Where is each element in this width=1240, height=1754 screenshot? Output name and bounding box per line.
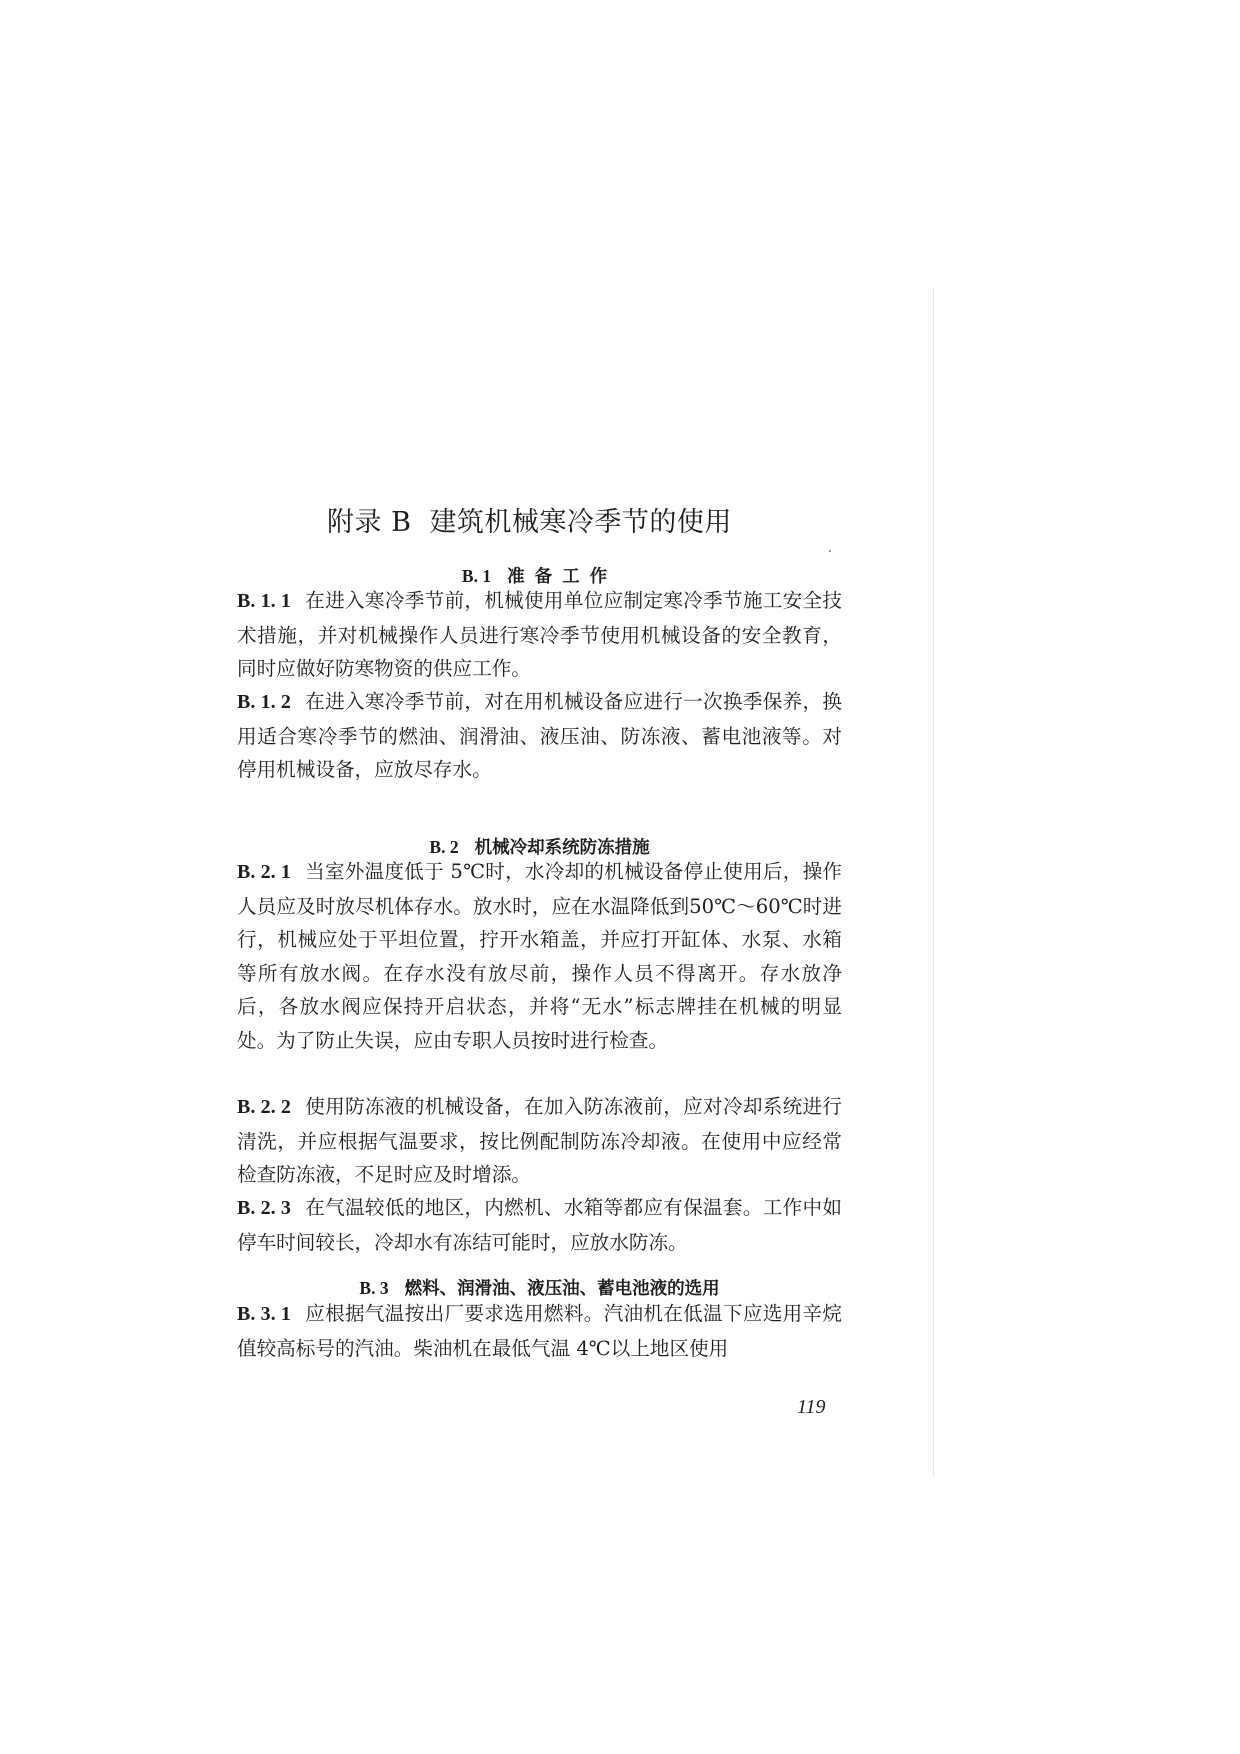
clause-text: 当室外温度低于 5℃时，水冷却的机械设备停止使用后，操作人员应及时放尽机体存水。… [237,860,842,1052]
section-number: B. 3 [359,1278,388,1298]
clause-number: B. 3. 1 [237,1303,291,1325]
page-edge-line [933,288,934,1478]
clause-b-2-2: B. 2. 2使用防冻液的机械设备，在加入防冻液前，应对冷却系统进行清洗，并应根… [237,1090,842,1192]
section-number: B. 1 [462,566,491,586]
appendix-number: 附录 B [327,507,411,538]
clause-text: 在进入寒冷季节前，机械使用单位应制定寒冷季节施工安全技术措施，并对机械操作人员进… [237,589,842,680]
clause-number: B. 2. 1 [237,861,291,883]
scan-speck [829,550,831,552]
clause-b-2-1: B. 2. 1当室外温度低于 5℃时，水冷却的机械设备停止使用后，操作人员应及时… [237,855,842,1058]
clause-text: 在气温较低的地区，内燃机、水箱等都应有保温套。工作中如停车时间较长，冷却水有冻结… [237,1196,842,1254]
section-number: B. 2 [429,837,458,857]
clause-b-3-1: B. 3. 1应根据气温按出厂要求选用燃料。汽油机在低温下应选用辛烷值较高标号的… [237,1297,842,1365]
clause-b-1-2: B. 1. 2在进入寒冷季节前，对在用机械设备应进行一次换季保养，换用适合寒冷季… [237,685,842,787]
appendix-title-text: 建筑机械寒冷季节的使用 [429,507,732,538]
section-heading-b3: B. 3燃料、润滑油、液压油、蓄电池液的选用 [237,1275,842,1300]
clause-text: 在进入寒冷季节前，对在用机械设备应进行一次换季保养，换用适合寒冷季节的燃油、润滑… [237,690,842,781]
clause-number: B. 2. 2 [237,1096,291,1118]
clause-number: B. 2. 3 [237,1197,291,1219]
clause-number: B. 1. 1 [237,590,291,612]
clause-text: 使用防冻液的机械设备，在加入防冻液前，应对冷却系统进行清洗，并应根据气温要求，按… [237,1095,842,1186]
section-title: 燃料、润滑油、液压油、蓄电池液的选用 [405,1279,720,1299]
appendix-title: 附录 B建筑机械寒冷季节的使用 [327,500,732,539]
page-number: 119 [797,1396,826,1419]
clause-text: 应根据气温按出厂要求选用燃料。汽油机在低温下应选用辛烷值较高标号的汽油。柴油机在… [237,1302,842,1360]
clause-number: B. 1. 2 [237,691,291,713]
clause-b-1-1: B. 1. 1在进入寒冷季节前，机械使用单位应制定寒冷季节施工安全技术措施，并对… [237,584,842,686]
clause-b-2-3: B. 2. 3在气温较低的地区，内燃机、水箱等都应有保温套。工作中如停车时间较长… [237,1191,842,1259]
